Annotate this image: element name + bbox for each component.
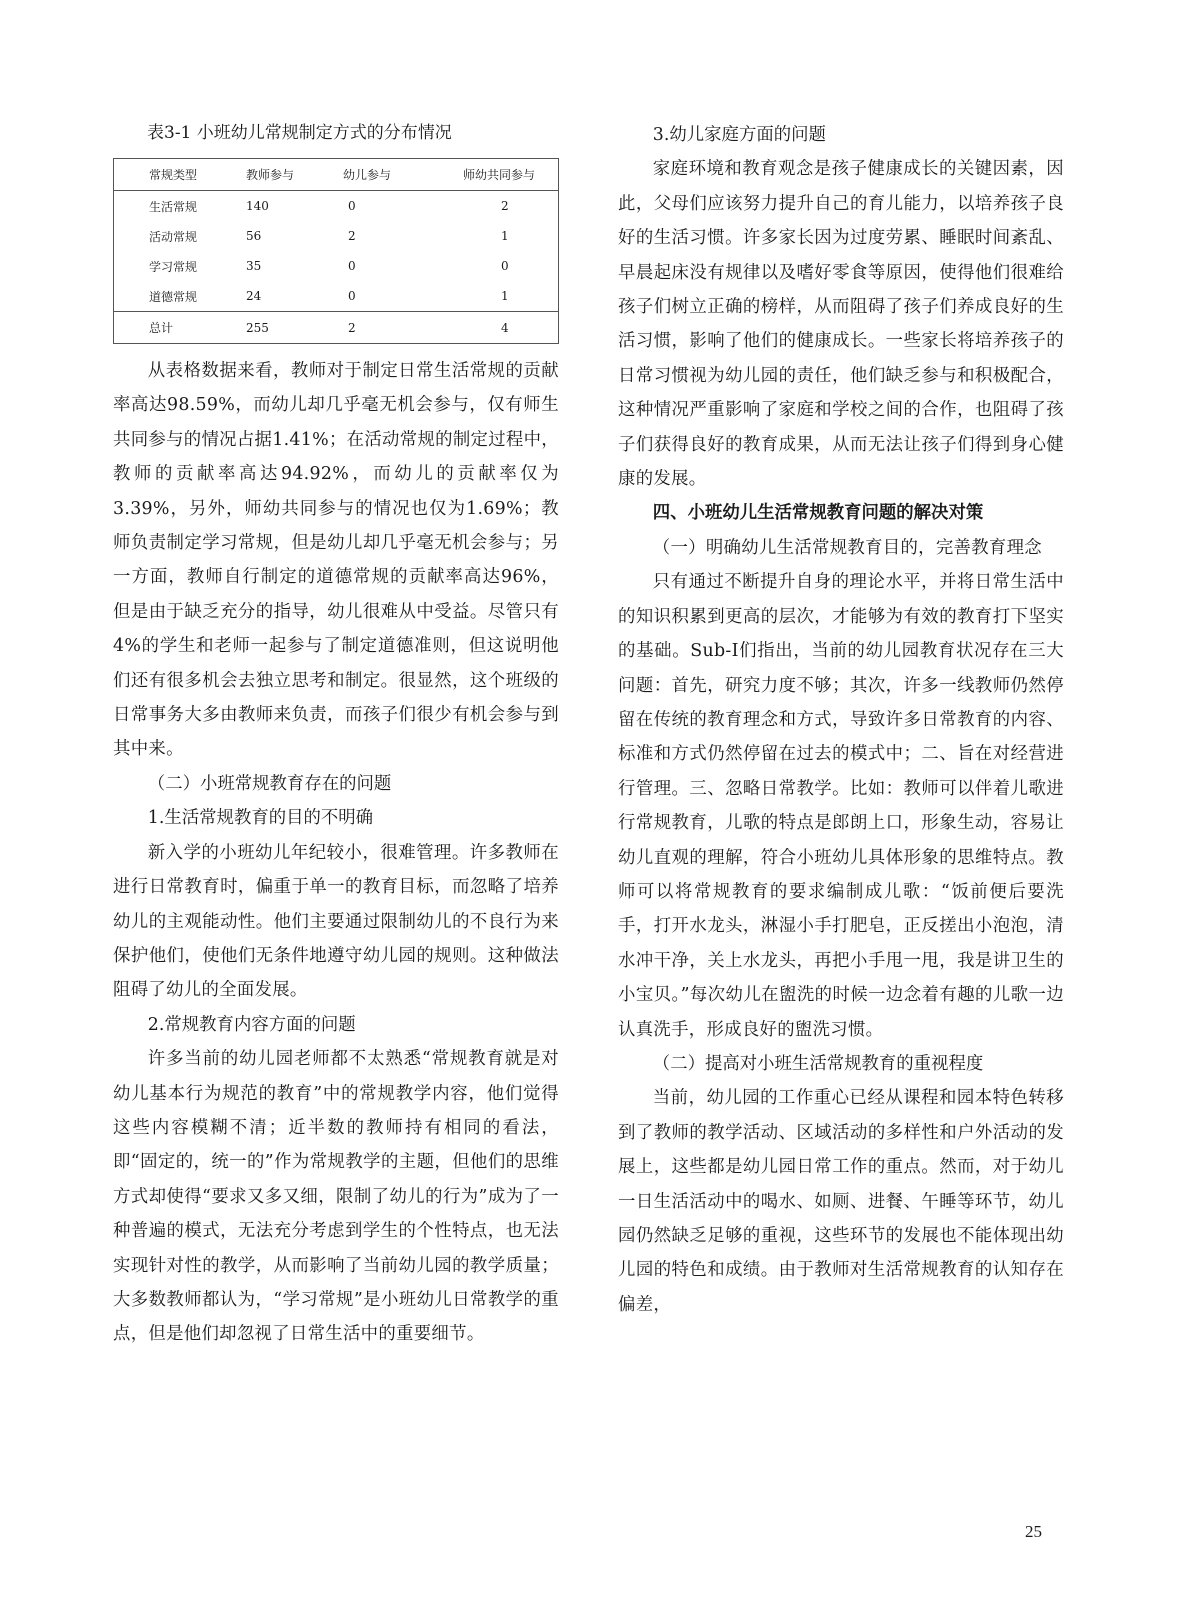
paragraph-solution-2: 当前，幼儿园的工作重心已经从课程和园本特色转移到了教师的教学活动、区域活动的多样… <box>618 1081 1064 1322</box>
table-row: 活动常规 56 2 1 <box>114 221 559 251</box>
paragraph-table-analysis: 从表格数据来看，教师对于制定日常生活常规的贡献率高达98.59%，而幼儿却几乎毫… <box>113 354 559 767</box>
page-number: 25 <box>1025 1522 1042 1542</box>
subheading-problems: （二）小班常规教育存在的问题 <box>113 767 559 801</box>
subheading-solution-2: （二）提高对小班生活常规教育的重视程度 <box>618 1047 1064 1081</box>
table-cell: 2 <box>448 191 559 222</box>
section-heading-4: 四、小班幼儿生活常规教育问题的解决对策 <box>618 496 1064 530</box>
table-cell: 56 <box>246 221 343 251</box>
table-cell: 0 <box>448 251 559 281</box>
row-label: 活动常规 <box>114 221 247 251</box>
table-row: 学习常规 35 0 0 <box>114 251 559 281</box>
row-label: 道德常规 <box>114 281 247 312</box>
paragraph-item-2: 许多当前的幼儿园老师都不太熟悉“常规教育就是对幼儿基本行为规范的教育”中的常规教… <box>113 1042 559 1352</box>
row-label: 学习常规 <box>114 251 247 281</box>
table-cell: 0 <box>343 281 448 312</box>
table-cell: 0 <box>343 191 448 222</box>
row-label: 生活常规 <box>114 191 247 222</box>
table-row: 道德常规 24 0 1 <box>114 281 559 312</box>
table-cell: 140 <box>246 191 343 222</box>
paragraph-item-3: 家庭环境和教育观念是孩子健康成长的关键因素，因此，父母们应该努力提升自己的育儿能… <box>618 152 1064 496</box>
subheading-item-3: 3.幼儿家庭方面的问题 <box>618 118 1064 152</box>
table-caption: 表3-1 小班幼儿常规制定方式的分布情况 <box>113 118 559 148</box>
table-cell: 255 <box>246 312 343 344</box>
table-header-row: 常规类型 教师参与 幼儿参与 师幼共同参与 <box>114 159 559 191</box>
table-row: 生活常规 140 0 2 <box>114 191 559 222</box>
table-total-row: 总计 255 2 4 <box>114 312 559 344</box>
table-cell: 2 <box>343 312 448 344</box>
header-cell: 幼儿参与 <box>343 159 448 191</box>
table-cell: 35 <box>246 251 343 281</box>
distribution-table: 常规类型 教师参与 幼儿参与 师幼共同参与 生活常规 140 0 2 活动常规 … <box>113 158 559 344</box>
table-cell: 2 <box>343 221 448 251</box>
header-cell: 常规类型 <box>114 159 247 191</box>
header-cell: 教师参与 <box>246 159 343 191</box>
left-column: 表3-1 小班幼儿常规制定方式的分布情况 常规类型 教师参与 幼儿参与 师幼共同… <box>113 118 559 1352</box>
header-cell: 师幼共同参与 <box>448 159 559 191</box>
table-cell: 1 <box>448 281 559 312</box>
subheading-item-1: 1.生活常规教育的目的不明确 <box>113 801 559 835</box>
table-cell: 24 <box>246 281 343 312</box>
subheading-solution-1: （一）明确幼儿生活常规教育目的，完善教育理念 <box>618 531 1064 565</box>
paragraph-solution-1: 只有通过不断提升自身的理论水平，并将日常生活中的知识积累到更高的层次，才能够为有… <box>618 565 1064 1047</box>
right-column: 3.幼儿家庭方面的问题 家庭环境和教育观念是孩子健康成长的关键因素，因此，父母们… <box>618 118 1064 1322</box>
subheading-item-2: 2.常规教育内容方面的问题 <box>113 1008 559 1042</box>
row-label: 总计 <box>114 312 247 344</box>
table-cell: 0 <box>343 251 448 281</box>
table-cell: 4 <box>448 312 559 344</box>
table-cell: 1 <box>448 221 559 251</box>
paragraph-item-1: 新入学的小班幼儿年纪较小，很难管理。许多教师在进行日常教育时，偏重于单一的教育目… <box>113 836 559 1008</box>
